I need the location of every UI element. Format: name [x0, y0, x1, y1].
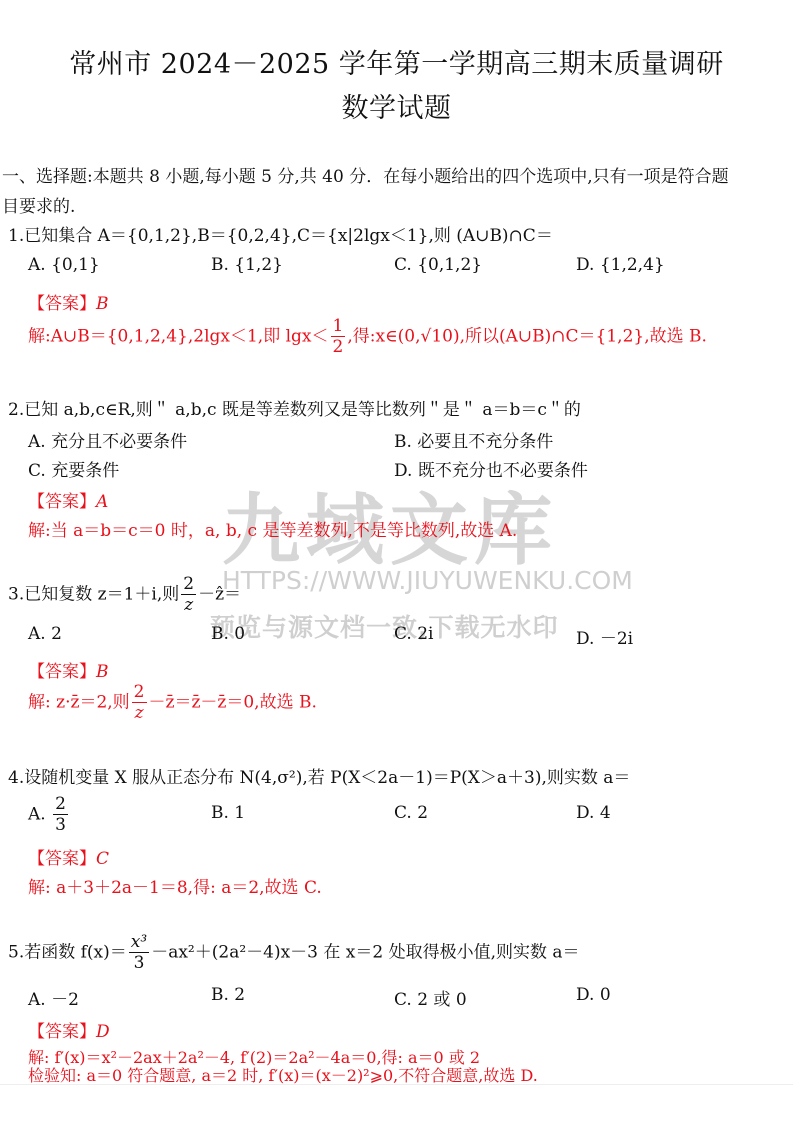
question-text: 已知 a,b,c∈R,则＂ a,b,c 既是等差数列又是等比数列＂是＂ a＝b＝… [24, 400, 581, 420]
question-text: －ẑ＝ [198, 585, 241, 605]
question-number: 1. [8, 226, 24, 246]
option-a: A. {0,1} [28, 255, 100, 275]
option-d: D. {1,2,4} [576, 255, 665, 275]
answer-line: 【答案】A [28, 487, 108, 512]
fraction: 12 [331, 318, 346, 356]
watermark-url: HTTPS://WWW.JIUYUWENKU.COM [222, 566, 633, 595]
answer-line: 【答案】D [28, 1017, 110, 1042]
question-number: 4. [8, 768, 24, 788]
question-stem: 1.已知集合 A＝{0,1,2},B＝{0,2,4},C＝{x|2lgx＜1},… [8, 221, 553, 246]
question-stem: 5.若函数 f(x)＝x³3－ax²＋(2a²－4)x－3 在 x＝2 处取得极… [8, 934, 580, 972]
option-c: C. 2i [394, 624, 433, 644]
option-a: A. 2 [28, 624, 62, 644]
answer-value: B [96, 294, 109, 314]
option-d: D. 4 [576, 803, 611, 823]
option-a: A. 23 [28, 796, 70, 834]
question-number: 2. [8, 400, 24, 420]
option-a: A. 充分且不必要条件 [28, 427, 187, 452]
option-d: D. －2i [576, 624, 633, 649]
option-b: B. 必要且不充分条件 [394, 427, 553, 452]
option-c: C. {0,1,2} [394, 255, 482, 275]
answer-label: 【答案】 [28, 1022, 96, 1042]
solution: 解:A∪B＝{0,1,2,4},2lgx＜1,即 lgx＜12,得:x∈(0,√… [28, 318, 707, 356]
page-bottom-divider [0, 1084, 793, 1085]
fraction: 2z [132, 684, 147, 722]
answer-value: A [96, 492, 108, 512]
option-b: B. {1,2} [211, 255, 283, 275]
question-stem: 4.设随机变量 X 服从正态分布 N(4,σ²),若 P(X＜2a－1)＝P(X… [8, 763, 630, 788]
option-d: D. 0 [576, 985, 611, 1005]
answer-value: D [96, 1022, 110, 1042]
solution-text: －z̄＝z̄－z̄＝0,故选 B. [149, 693, 317, 713]
question-number: 5. [8, 943, 24, 963]
section-header-cont: 目要求的. [2, 192, 75, 217]
answer-line: 【答案】C [28, 844, 109, 869]
option-b: B. 2 [211, 985, 245, 1005]
question-text: 已知复数 z＝1＋i,则 [24, 585, 179, 605]
solution: 解: z·z̄＝2,则2z－z̄＝z̄－z̄＝0,故选 B. [28, 684, 317, 722]
option-d: D. 既不充分也不必要条件 [394, 456, 588, 481]
option-c: C. 2 [394, 803, 428, 823]
answer-label: 【答案】 [28, 294, 96, 314]
question-text: 设随机变量 X 服从正态分布 N(4,σ²),若 P(X＜2a－1)＝P(X＞a… [24, 768, 630, 788]
question-text: －ax²＋(2a²－4)x－3 在 x＝2 处取得极小值,则实数 a＝ [151, 943, 579, 963]
solution: 解: a＋3＋2a－1＝8,得: a＝2,故选 C. [28, 873, 322, 898]
solution-line-2: 检验知: a＝0 符合题意, a＝2 时, f′(x)＝(x－2)²⩾0,不符合… [28, 1063, 538, 1086]
page-title: 常州市 2024－2025 学年第一学期高三期末质量调研 [0, 42, 793, 81]
section-header: 一、选择题:本题共 8 小题,每小题 5 分,共 40 分．在每小题给出的四个选… [2, 162, 729, 187]
fraction: 2z [181, 576, 196, 614]
answer-value: C [96, 849, 109, 869]
question-stem: 2.已知 a,b,c∈R,则＂ a,b,c 既是等差数列又是等比数列＂是＂ a＝… [8, 395, 581, 420]
fraction: 23 [53, 796, 68, 834]
answer-value: B [96, 662, 109, 682]
option-b: B. 1 [211, 803, 245, 823]
answer-label: 【答案】 [28, 662, 96, 682]
option-b: B. 0 [211, 624, 245, 644]
question-text: 若函数 f(x)＝ [24, 943, 127, 963]
page-subtitle: 数学试题 [0, 86, 793, 125]
question-stem: 3.已知复数 z＝1＋i,则2z－ẑ＝ [8, 576, 241, 614]
solution-text: ,得:x∈(0,√10),所以(A∪B)∩C＝{1,2},故选 B. [347, 327, 707, 347]
solution-text: 解: z·z̄＝2,则 [28, 693, 130, 713]
answer-line: 【答案】B [28, 657, 109, 682]
fraction: x³3 [129, 934, 149, 972]
question-text: 已知集合 A＝{0,1,2},B＝{0,2,4},C＝{x|2lgx＜1},则 … [24, 226, 553, 246]
answer-line: 【答案】B [28, 289, 109, 314]
solution-text: 解:A∪B＝{0,1,2,4},2lgx＜1,即 lgx＜ [28, 327, 329, 347]
question-number: 3. [8, 585, 24, 605]
watermark-note: 预览与源文档一致,下载无水印 [210, 608, 559, 644]
answer-label: 【答案】 [28, 849, 96, 869]
solution: 解:当 a＝b＝c＝0 时，a, b, c 是等差数列,不是等比数列,故选 A. [28, 516, 517, 541]
option-c: C. 充要条件 [28, 456, 119, 481]
answer-label: 【答案】 [28, 492, 96, 512]
option-a: A. －2 [28, 985, 79, 1010]
option-c: C. 2 或 0 [394, 985, 467, 1010]
